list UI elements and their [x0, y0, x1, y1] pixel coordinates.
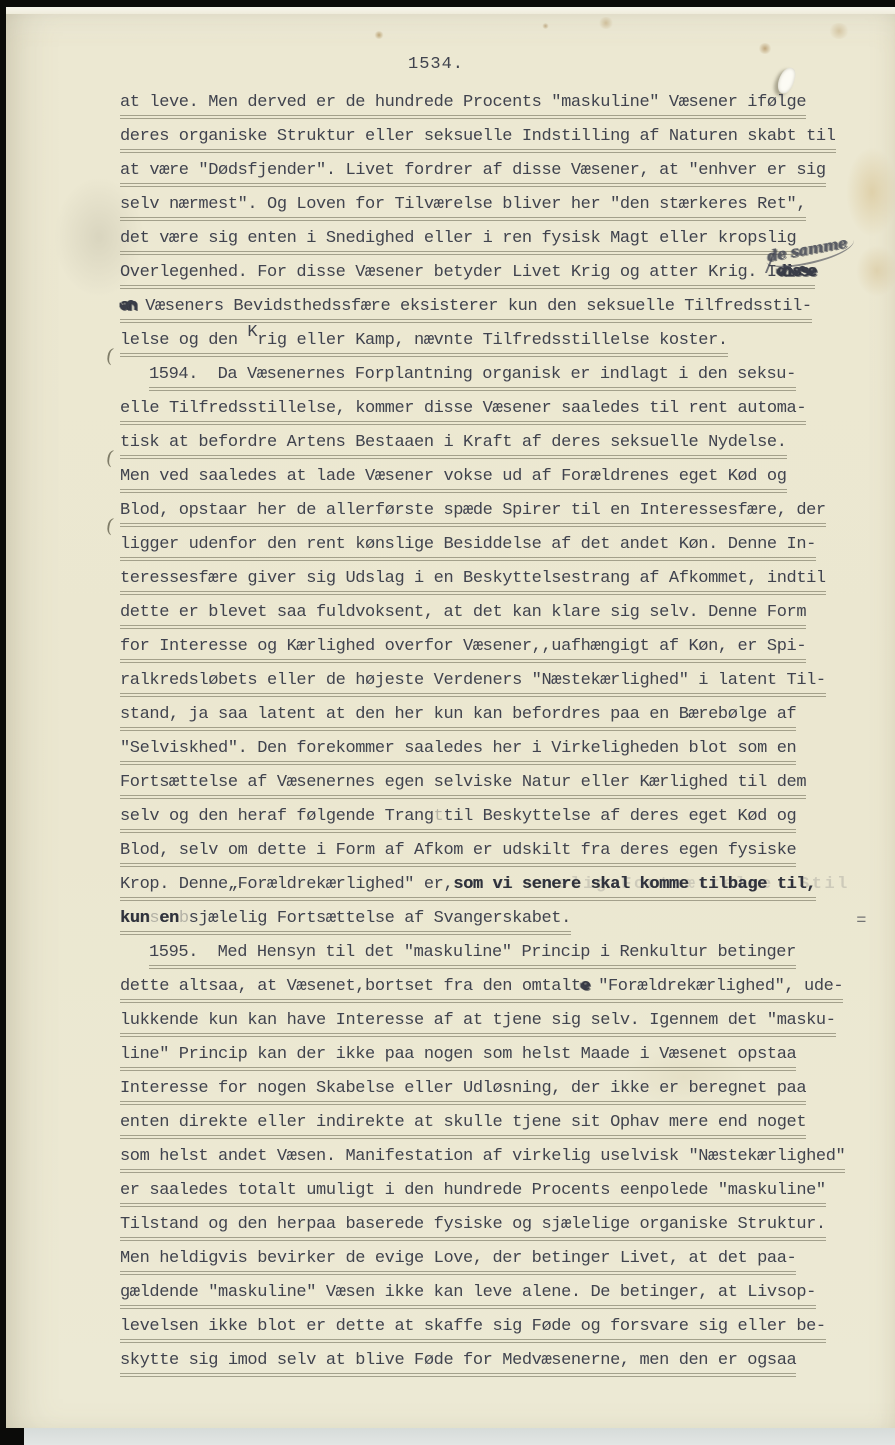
manuscript-page: 1534. at leve. Men derved er de hundrede…: [6, 7, 895, 1428]
typewritten-text-block: at leve. Men derved er de hundrede Proce…: [120, 91, 888, 1383]
underlined-text: at være "Dødsfjender". Livet fordrer af …: [120, 161, 826, 187]
text-line: ligger udenfor den rent kønslige Besidde…: [120, 533, 888, 567]
typed-text: rig eller Kamp, nævnte Tilfredsstillelse…: [257, 331, 727, 350]
typed-text: ligger udenfor den rent kønslige Besidde…: [120, 535, 816, 554]
text-line: (Blod, opstaar her de allerførste spæde …: [120, 499, 888, 533]
text-line: er saaledes totalt umuligt i den hundred…: [120, 1179, 888, 1213]
text-line: Fortsættelse af Væsenernes egen selviske…: [120, 771, 888, 805]
typed-text: for Interesse og Kærlighed overfor Væsen…: [120, 637, 806, 656]
text-line: Tilstand og den herpaa baserede fysiske …: [120, 1213, 888, 1247]
typed-text: selv og den heraf følgende Trang: [120, 807, 434, 826]
text-line: lukkende kun kan have Interesse af at tj…: [120, 1009, 888, 1043]
typed-text: levelsen ikke blot er dette at skaffe si…: [120, 1317, 826, 1336]
typed-text: Men heldigvis bevirker de evige Love, de…: [120, 1249, 796, 1268]
underlined-text: levelsen ikke blot er dette at skaffe si…: [120, 1317, 826, 1343]
text-line: selv nærmest". Og Loven for Tilværelse b…: [120, 193, 888, 227]
foxing-stain: [542, 23, 549, 29]
typed-text: kun: [120, 909, 149, 928]
text-line: Overlegenhed. For disse Væsener betyder …: [120, 261, 888, 295]
typed-text: sjælelig Fortsættelse af Svangerskabet.: [189, 909, 571, 928]
underlined-text: line" Princip kan der ikke paa nogen som…: [120, 1045, 796, 1071]
margin-curl-mark: (: [104, 447, 115, 471]
typed-text: lelse og den: [120, 331, 247, 350]
text-line: for Interesse og Kærlighed overfor Væsen…: [120, 635, 888, 669]
foxing-stain: [758, 43, 772, 54]
underlined-text: kunsenbsjælelig Fortsættelse af Svangers…: [120, 909, 571, 935]
underlined-text: Men heldigvis bevirker de evige Love, de…: [120, 1249, 796, 1275]
underlined-text: selv nærmest". Og Loven for Tilværelse b…: [120, 195, 806, 221]
underlined-text: ligger udenfor den rent kønslige Besidde…: [120, 535, 816, 561]
text-line: =kunsenbsjælelig Fortsættelse af Svanger…: [120, 907, 888, 941]
ghost-overtype-text: t: [434, 807, 444, 826]
underlined-text: 1595. Med Hensyn til det "maskuline" Pri…: [149, 943, 796, 969]
typed-text: "Forældrekærlighed", ude-: [588, 977, 843, 996]
text-line: Blod, selv om dette i Form af Afkom er u…: [120, 839, 888, 873]
scanned-document: { "colors": { "paper": "#ece8d2", "ink":…: [0, 0, 895, 1445]
underlined-text: Men ved saaledes at lade Væsener vokse u…: [120, 467, 787, 493]
foxing-stain: [828, 23, 850, 39]
typed-text: Væseners Bevidsthedssfære eksisterer kun…: [135, 297, 811, 316]
typed-text: Blod, opstaar her de allerførste spæde S…: [120, 501, 826, 520]
typed-text: det være sig enten i Snedighed eller i r…: [120, 229, 796, 248]
scanner-background-strip: [24, 1428, 895, 1445]
underlined-text: Fortsættelse af Væsenernes egen selviske…: [120, 773, 806, 799]
underlined-text: enten direkte eller indirekte at skulle …: [120, 1113, 806, 1139]
text-line: dette er blevet saa fuldvoksent, at det …: [120, 601, 888, 635]
underlined-text: Interesse for nogen Skabelse eller Udløs…: [120, 1079, 806, 1105]
underlined-text: deres organiske Struktur eller seksuelle…: [120, 127, 836, 153]
underlined-text: tisk at befordre Artens Bestaaen i Kraft…: [120, 433, 787, 459]
underlined-text: Blod, opstaar her de allerførste spæde S…: [120, 501, 826, 527]
margin-curl-mark: (: [104, 345, 115, 369]
text-line: line" Princip kan der ikke paa nogen som…: [120, 1043, 888, 1077]
ghost-overtype-text: b: [179, 909, 189, 928]
typed-text: line" Princip kan der ikke paa nogen som…: [120, 1045, 796, 1064]
text-line: (tisk at befordre Artens Bestaaen i Kraf…: [120, 431, 888, 465]
underlined-text: an Væseners Bevidsthedssfære eksisterer …: [120, 297, 812, 323]
text-line: an Væseners Bevidsthedssfære eksisterer …: [120, 295, 888, 329]
underlined-text: er saaledes totalt umuligt i den hundred…: [120, 1181, 826, 1207]
underlined-text: skytte sig imod selv at blive Føde for M…: [120, 1351, 796, 1377]
typed-text: er saaledes totalt umuligt i den hundred…: [120, 1181, 826, 1200]
typed-text: Overlegenhed. For disse Væsener betyder …: [120, 263, 777, 282]
typed-text: til Beskyttelse af deres eget Kød og: [443, 807, 796, 826]
underlined-text: teressesfære giver sig Udslag i en Besky…: [120, 569, 826, 595]
underlined-text: Tilstand og den herpaa baserede fysiske …: [120, 1215, 826, 1241]
typed-text: deres organiske Struktur eller seksuelle…: [120, 127, 836, 146]
ghost-overtype-text: s: [149, 909, 159, 928]
equals-margin-mark: =: [856, 910, 866, 933]
text-line: selv og den heraf følgende Trangttil Bes…: [120, 805, 888, 839]
underlined-text: at leve. Men derved er de hundrede Proce…: [120, 93, 806, 119]
text-line: levelsen ikke blot er dette at skaffe si…: [120, 1315, 888, 1349]
text-line: stand, ja saa latent at den her kun kan …: [120, 703, 888, 737]
text-line: 1595. Med Hensyn til det "maskuline" Pri…: [120, 941, 888, 975]
underlined-text: lukkende kun kan have Interesse af at tj…: [120, 1011, 836, 1037]
text-line: elle Tilfredsstillelse, kommer disse Væs…: [120, 397, 888, 431]
underlined-text: "Selviskhed". Den forekommer saaledes he…: [120, 739, 796, 765]
text-line: (lelse og den Krig eller Kamp, nævnte Ti…: [120, 329, 888, 363]
underlined-text: elle Tilfredsstillelse, kommer disse Væs…: [120, 399, 806, 425]
text-line: teressesfære giver sig Udslag i en Besky…: [120, 567, 888, 601]
typed-text: "Selviskhed". Den forekommer saaledes he…: [120, 739, 796, 758]
text-line: elig Fortsættelse StilKrop. Denne„Foræld…: [120, 873, 888, 907]
underlined-text: for Interesse og Kærlighed overfor Væsen…: [120, 637, 806, 663]
text-line: enten direkte eller indirekte at skulle …: [120, 1111, 888, 1145]
typed-text: elle Tilfredsstillelse, kommer disse Væs…: [120, 399, 806, 418]
page-number: 1534.: [408, 55, 464, 74]
text-line: ralkredsløbets eller de højeste Verdener…: [120, 669, 888, 703]
typed-text: Tilstand og den herpaa baserede fysiske …: [120, 1215, 826, 1234]
text-line: skytte sig imod selv at blive Føde for M…: [120, 1349, 888, 1383]
underlined-text: Blod, selv om dette i Form af Afkom er u…: [120, 841, 796, 867]
text-line: Men ved saaledes at lade Væsener vokse u…: [120, 465, 888, 499]
margin-curl-mark: (: [104, 515, 115, 539]
typed-text: Blod, selv om dette i Form af Afkom er u…: [120, 841, 796, 860]
typed-text: dette altsaa, at Væsenet,bortset fra den…: [120, 977, 581, 996]
struck-out-word: an: [120, 297, 135, 316]
text-line: deres organiske Struktur eller seksuelle…: [120, 125, 888, 159]
foxing-stain: [374, 31, 384, 39]
underlined-text: Overlegenhed. For disse Væsener betyder …: [120, 263, 815, 289]
underlined-text: 1594. Da Væsenernes Forplantning organis…: [149, 365, 796, 391]
typed-text: at være "Dødsfjender". Livet fordrer af …: [120, 161, 826, 180]
underlined-text: det være sig enten i Snedighed eller i r…: [120, 229, 796, 255]
typed-text: 1594. Da Væsenernes Forplantning organis…: [149, 365, 796, 384]
typed-text: at leve. Men derved er de hundrede Proce…: [120, 93, 806, 112]
underlined-text: som helst andet Væsen. Manifestation af …: [120, 1147, 845, 1173]
typed-text: skytte sig imod selv at blive Føde for M…: [120, 1351, 796, 1370]
foxing-stain: [598, 17, 614, 29]
underlined-text: dette er blevet saa fuldvoksent, at det …: [120, 603, 806, 629]
text-line: 1594. Da Væsenernes Forplantning organis…: [120, 363, 888, 397]
text-line: at være "Dødsfjender". Livet fordrer af …: [120, 159, 888, 193]
text-line: Men heldigvis bevirker de evige Love, de…: [120, 1247, 888, 1281]
text-line: som helst andet Væsen. Manifestation af …: [120, 1145, 888, 1179]
typed-text: Interesse for nogen Skabelse eller Udløs…: [120, 1079, 806, 1098]
typed-text: Krop. Denne„Forældrekærlighed" er,: [120, 875, 453, 894]
underlined-text: gældende "maskuline" Væsen ikke kan leve…: [120, 1283, 816, 1309]
text-line: "Selviskhed". Den forekommer saaledes he…: [120, 737, 888, 771]
ghost-overtype-text: elig Fortsættelse Stil: [558, 873, 850, 896]
typed-text: 1595. Med Hensyn til det "maskuline" Pri…: [149, 943, 796, 962]
underlined-text: lelse og den Krig eller Kamp, nævnte Til…: [120, 331, 728, 357]
text-line: dette altsaa, at Væsenet,bortset fra den…: [120, 975, 888, 1009]
typed-text: lukkende kun kan have Interesse af at tj…: [120, 1011, 836, 1030]
typed-text: ralkredsløbets eller de højeste Verdener…: [120, 671, 826, 690]
struck-out-word: dissede samme: [777, 261, 816, 284]
underlined-text: stand, ja saa latent at den her kun kan …: [120, 705, 796, 731]
text-line: Interesse for nogen Skabelse eller Udløs…: [120, 1077, 888, 1111]
text-line: at leve. Men derved er de hundrede Proce…: [120, 91, 888, 125]
underlined-text: selv og den heraf følgende Trangttil Bes…: [120, 807, 796, 833]
underlined-text: dette altsaa, at Væsenet,bortset fra den…: [120, 977, 843, 1003]
typed-text: gældende "maskuline" Væsen ikke kan leve…: [120, 1283, 816, 1302]
typed-text: selv nærmest". Og Loven for Tilværelse b…: [120, 195, 806, 214]
typed-text: teressesfære giver sig Udslag i en Besky…: [120, 569, 826, 588]
underlined-text: ralkredsløbets eller de højeste Verdener…: [120, 671, 826, 697]
typed-text: K: [247, 323, 257, 342]
typed-text: som helst andet Væsen. Manifestation af …: [120, 1147, 845, 1166]
typed-text: en: [159, 909, 179, 928]
text-line: gældende "maskuline" Væsen ikke kan leve…: [120, 1281, 888, 1315]
typed-text: tisk at befordre Artens Bestaaen i Kraft…: [120, 433, 787, 452]
typed-text: Fortsættelse af Væsenernes egen selviske…: [120, 773, 806, 792]
typed-text: Men ved saaledes at lade Væsener vokse u…: [120, 467, 787, 486]
typed-text: enten direkte eller indirekte at skulle …: [120, 1113, 806, 1132]
typed-text: dette er blevet saa fuldvoksent, at det …: [120, 603, 806, 622]
typed-text: stand, ja saa latent at den her kun kan …: [120, 705, 796, 724]
